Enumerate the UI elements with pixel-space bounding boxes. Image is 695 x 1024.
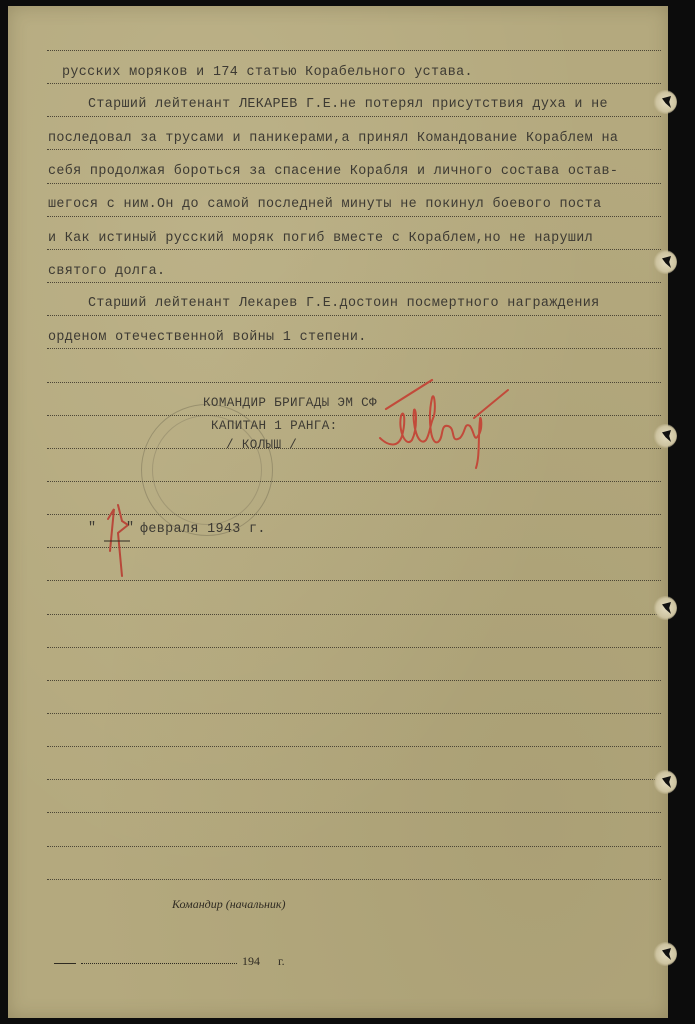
- hole-tear-icon: [662, 430, 671, 442]
- ruled-line: [47, 481, 661, 482]
- text-line: Старший лейтенант Лекарев Г.Е.достоин по…: [88, 296, 600, 311]
- ruled-line: [47, 746, 661, 747]
- signer-name: / КОЛЫШ /: [226, 438, 297, 452]
- ruled-line: [47, 149, 661, 150]
- month-blank: [81, 963, 237, 964]
- hole-tear-icon: [662, 256, 671, 268]
- date-open-quote: ": [88, 521, 96, 536]
- signer-title: КОМАНДИР БРИГАДЫ ЭМ СФ: [203, 396, 377, 410]
- ruled-line: [47, 779, 661, 780]
- document-page: русских моряков и 174 статью Корабельног…: [8, 6, 668, 1018]
- day-blank: [54, 963, 76, 964]
- ruled-line: [47, 614, 661, 615]
- ruled-line: [47, 680, 661, 681]
- ruled-line: [47, 216, 661, 217]
- ruled-line: [47, 448, 661, 449]
- hole-tear-icon: [662, 776, 671, 788]
- punch-hole: [653, 942, 677, 966]
- ruled-line: [47, 846, 661, 847]
- ruled-line: [47, 812, 661, 813]
- handwritten-signature: [368, 376, 518, 471]
- ruled-line: [47, 348, 661, 349]
- ruled-line: [47, 116, 661, 117]
- ruled-line: [47, 415, 661, 416]
- year-prefix: 194: [242, 954, 260, 969]
- commander-label: Командир (начальник): [172, 897, 286, 912]
- ruled-line: [47, 282, 661, 283]
- ruled-line: [47, 83, 661, 84]
- text-line: святого долга.: [48, 264, 165, 279]
- ruled-line: [47, 183, 661, 184]
- text-line: русских моряков и 174 статью Корабельног…: [62, 65, 473, 80]
- text-line: последовал за трусами и паникерами,а при…: [48, 131, 618, 146]
- text-line: шегося с ним.Он до самой последней минут…: [48, 197, 601, 212]
- ruled-line: [47, 382, 661, 383]
- ruled-line: [47, 50, 661, 51]
- hole-tear-icon: [662, 948, 671, 960]
- text-line: Старший лейтенант ЛЕКАРЕВ Г.Е.не потерял…: [88, 97, 608, 112]
- ruled-line: [47, 315, 661, 316]
- date-close-quote: ": [126, 521, 134, 536]
- handwritten-day: [100, 501, 140, 581]
- text-line: и Как истиный русский моряк погиб вместе…: [48, 231, 593, 246]
- hole-tear-icon: [662, 602, 671, 614]
- signer-rank: КАПИТАН 1 РАНГА:: [211, 419, 338, 433]
- punch-hole: [653, 424, 677, 448]
- ruled-line: [47, 879, 661, 880]
- text-line: себя продолжая бороться за спасение Кора…: [48, 164, 618, 179]
- ruled-line: [47, 249, 661, 250]
- ruled-line: [47, 647, 661, 648]
- punch-hole: [653, 90, 677, 114]
- hole-tear-icon: [662, 96, 671, 108]
- year-suffix: г.: [278, 954, 285, 969]
- text-line: орденом отечественной войны 1 степени.: [48, 330, 367, 345]
- punch-hole: [653, 770, 677, 794]
- punch-hole: [653, 250, 677, 274]
- punch-hole: [653, 596, 677, 620]
- ruled-line: [47, 713, 661, 714]
- date-month-year: февраля 1943 г.: [140, 522, 266, 537]
